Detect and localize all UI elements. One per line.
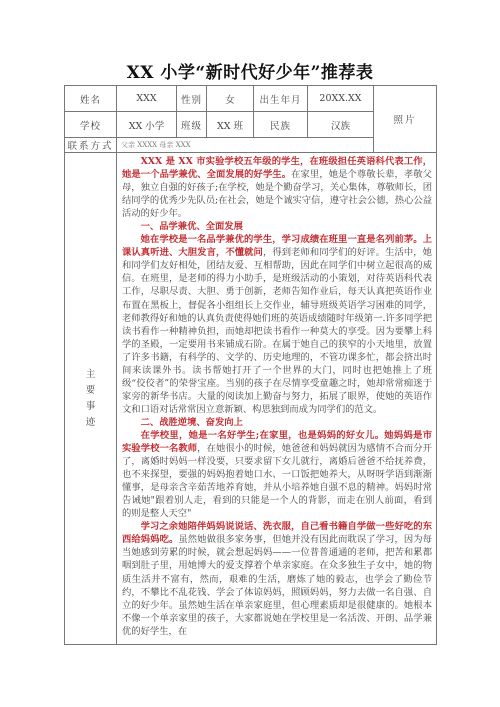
intro-paragraph: XXX 是 XX 市实验学校五年级的学生，在班级担任英语科代表工作，她是一个品学…	[122, 155, 432, 220]
school-label: 学校	[65, 112, 117, 138]
section2-paragraph-2: 学习之余她陪伴妈妈说说话、洗衣服，自己看书籍自学做一些好吃的东西给妈妈吃。虽然她…	[122, 520, 432, 637]
document-title: XX 小学“新时代好少年”推荐表	[0, 62, 500, 84]
form-row-name: 姓名 XXX 性别 女 出生年月 20XX.XX 照片	[65, 86, 437, 112]
contact-value: 父亲 XXXX 母亲 XXX	[117, 138, 374, 153]
name-label: 姓名	[65, 86, 117, 112]
section1-text: ，得到老师和同学们的好评。生活中，她和同学们友好相处，团结友爱、互相帮助，因此在…	[122, 247, 432, 415]
section2-paragraph-1: 在学校里，她是一名好学生;在家里，也是妈妈的好女儿。她妈妈是市实验学校一名教师，…	[122, 429, 432, 520]
class-value: XX 班	[207, 112, 254, 138]
gender-value: 女	[207, 86, 254, 112]
photo-cell: 照片	[374, 86, 437, 153]
recommendation-form-table: 姓名 XXX 性别 女 出生年月 20XX.XX 照片 学校 XX 小学 班级 …	[64, 85, 437, 645]
deeds-text: XXX 是 XX 市实验学校五年级的学生，在班级担任英语科代表工作，她是一个品学…	[122, 155, 432, 644]
section1-paragraph: 她在学校是一名品学兼优的学生，学习成绩在班里一直是名列前茅。上课认真听进、大胆发…	[122, 233, 432, 416]
section2-text-2: 虽然她做很多家务事，但她并没有因此而耽误了学习，因为每当她感到劳累的时候，就会想…	[122, 534, 432, 636]
deeds-label-cell: 主要事迹	[65, 153, 117, 645]
ethnicity-label: 民族	[254, 112, 308, 138]
deeds-body-cell: XXX 是 XX 市实验学校五年级的学生，在班级担任英语科代表工作，她是一个品学…	[117, 153, 437, 645]
birth-value: 20XX.XX	[308, 86, 374, 112]
birth-label: 出生年月	[254, 86, 308, 112]
section1-heading: 一、品学兼优、全面发展	[122, 220, 432, 233]
school-value: XX 小学	[117, 112, 177, 138]
name-value: XXX	[117, 86, 177, 112]
deeds-label: 主要事迹	[86, 367, 96, 431]
gender-label: 性别	[177, 86, 207, 112]
section2-heading: 二、战胜逆境、奋发向上	[122, 416, 432, 429]
form-row-deeds: 主要事迹 XXX 是 XX 市实验学校五年级的学生，在班级担任英语科代表工作，她…	[65, 153, 437, 645]
class-label: 班级	[177, 112, 207, 138]
contact-label: 联系方式	[65, 138, 117, 153]
ethnicity-value: 汉族	[308, 112, 374, 138]
section2-text-1: ，在她很小的时候，她爸爸和妈妈就因为感情不合而分开了，离婚时妈妈一样没要，只要求…	[122, 443, 432, 519]
